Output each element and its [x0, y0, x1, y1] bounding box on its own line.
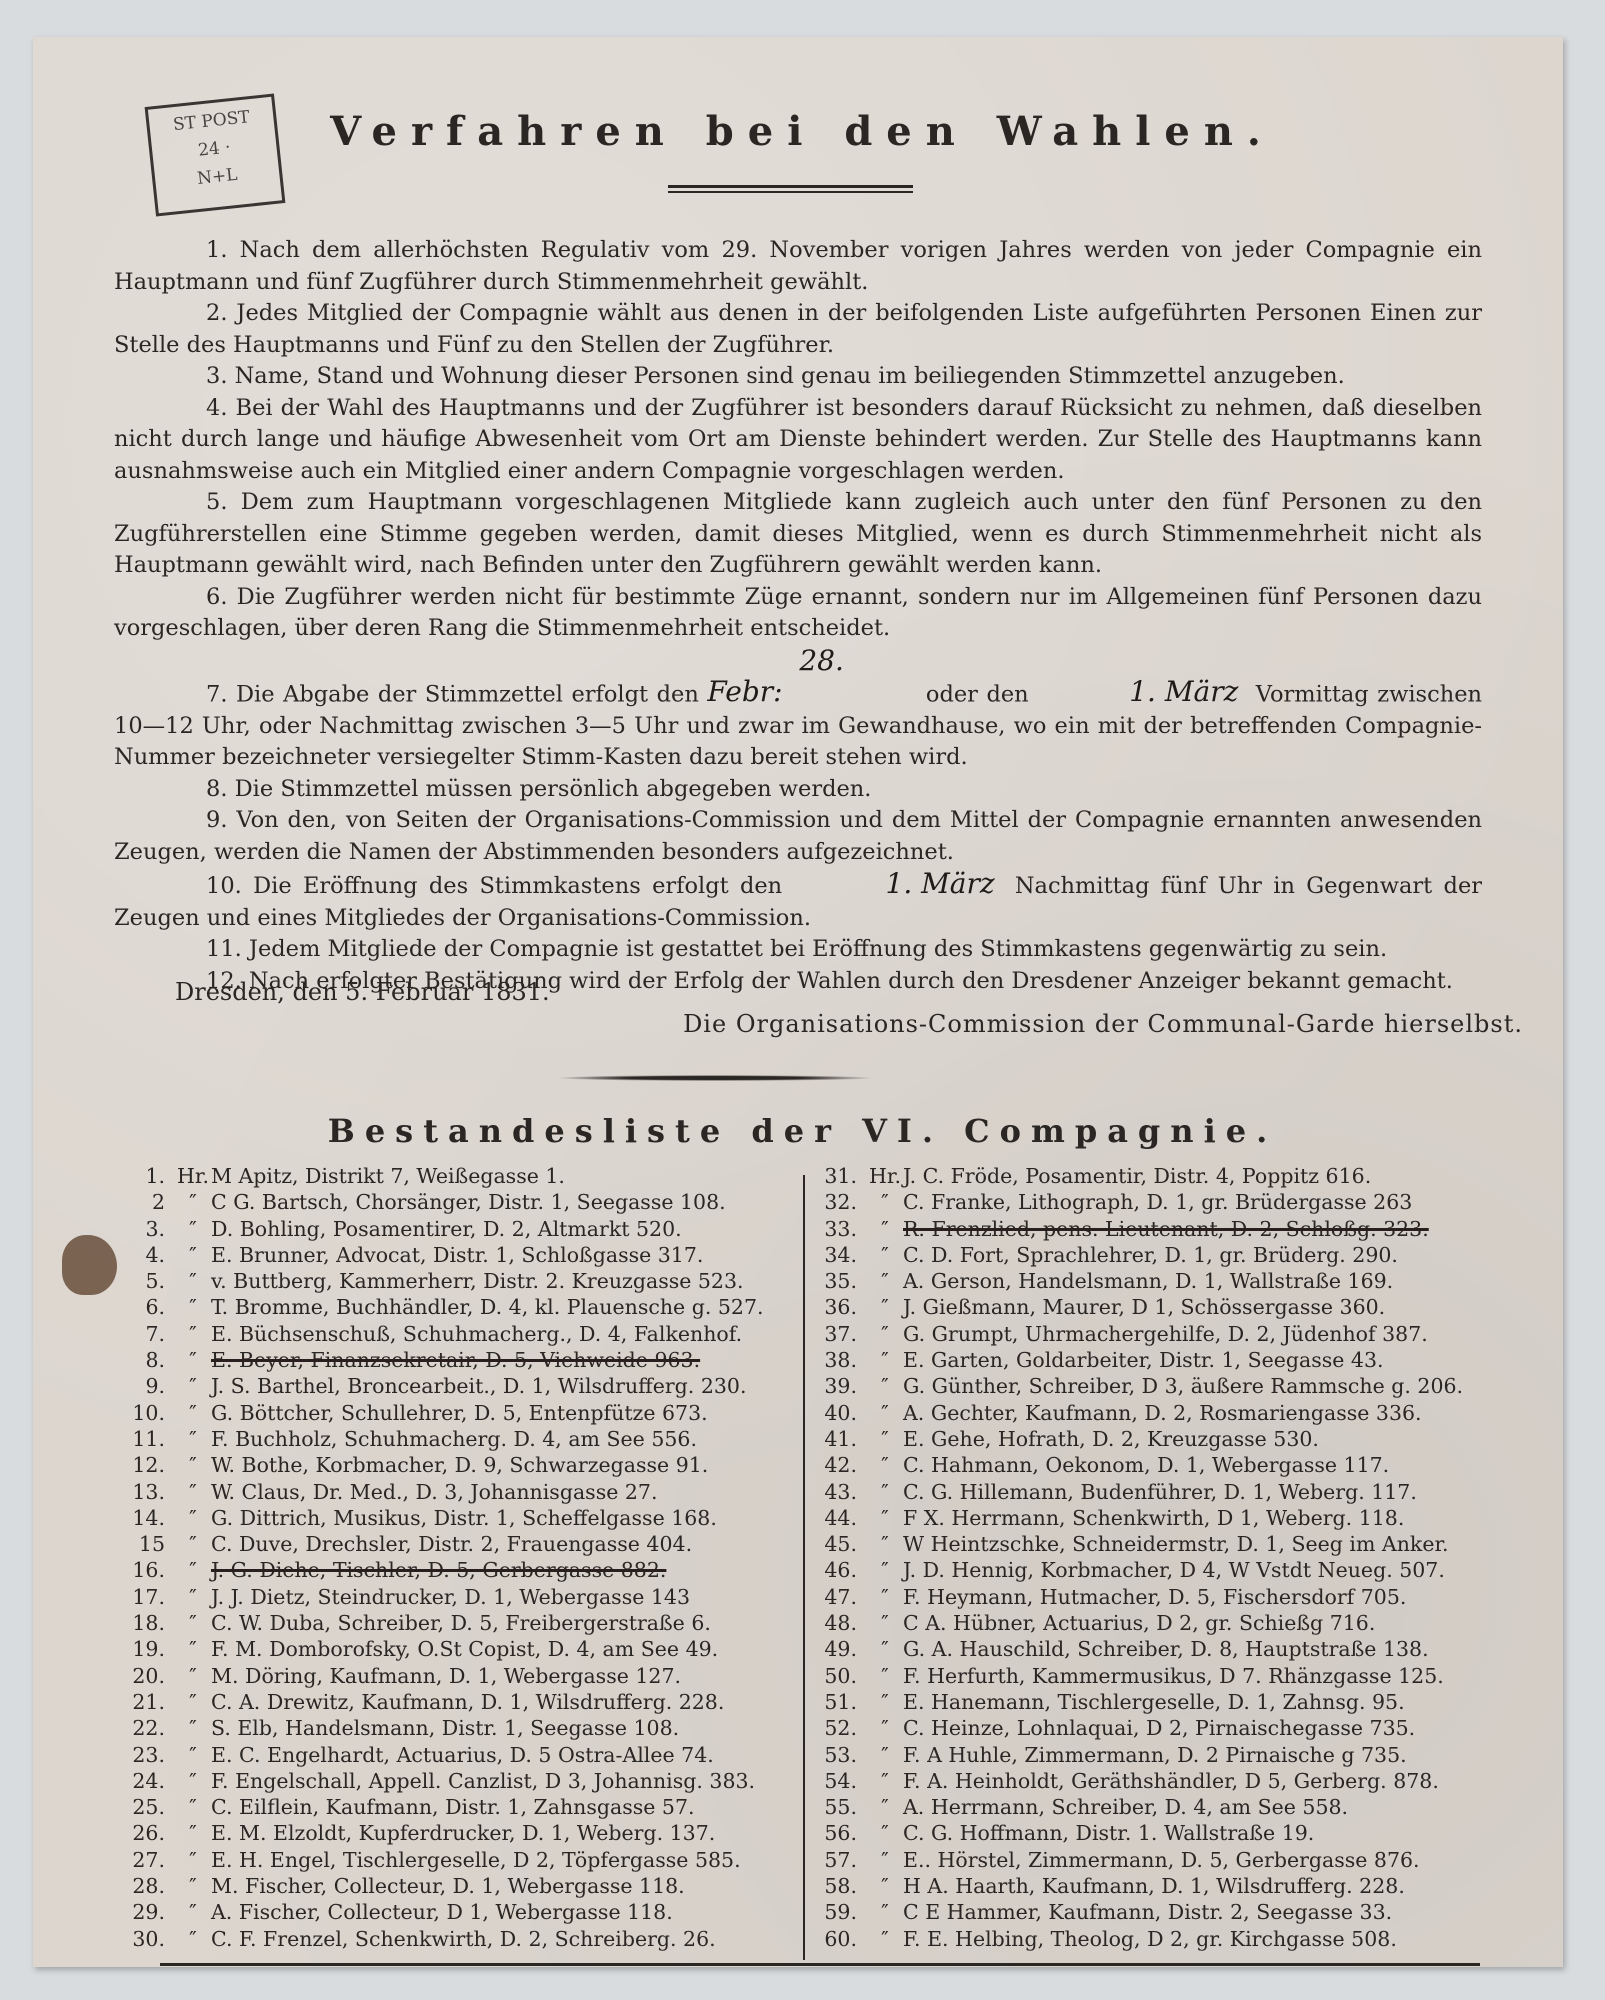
rule-paragraph: 7. Die Abgabe der Stimmzettel erfolgt de… [114, 645, 1482, 774]
entry-prefix: ″ [175, 1531, 211, 1557]
member-list-right: 31.Hr.J. C. Fröde, Posamentir, Distr. 4,… [817, 1163, 1497, 1952]
rule-text: 10. Die Eröffnung des Stimmkastens erfol… [206, 873, 782, 899]
entry-text: C. Eilflein, Kaufmann, Distr. 1, Zahnsga… [211, 1794, 790, 1820]
entry-number: 59. [817, 1899, 857, 1925]
entry-prefix: ″ [175, 1216, 211, 1242]
entry-text: J. J. Dietz, Steindrucker, D. 1, Weberga… [211, 1584, 790, 1610]
list-item: 6.″T. Bromme, Buchhändler, D. 4, kl. Pla… [125, 1294, 790, 1320]
entry-prefix: ″ [867, 1584, 903, 1610]
entry-text: v. Buttberg, Kammerherr, Distr. 2. Kreuz… [211, 1268, 790, 1294]
list-item: 59.″C E Hammer, Kaufmann, Distr. 2, Seeg… [817, 1899, 1497, 1925]
list-item: 11.″F. Buchholz, Schuhmacherg. D. 4, am … [125, 1426, 790, 1452]
entry-prefix: ″ [175, 1926, 211, 1952]
list-item: 52.″C. Heinze, Lohnlaquai, D 2, Pirnaisc… [817, 1715, 1497, 1741]
rule-paragraph: 3. Name, Stand und Wohnung dieser Person… [114, 361, 1482, 393]
entry-prefix: ″ [175, 1768, 211, 1794]
entry-text: J. S. Barthel, Broncearbeit., D. 1, Wils… [211, 1373, 790, 1399]
entry-prefix: ″ [175, 1452, 211, 1478]
list-item: 15″C. Duve, Drechsler, Distr. 2, Fraueng… [125, 1531, 790, 1557]
list-item: 24.″F. Engelschall, Appell. Canzlist, D … [125, 1768, 790, 1794]
entry-text: W Heintzschke, Schneidermstr, D. 1, Seeg… [903, 1531, 1497, 1557]
handwritten-date: 1. März [1037, 676, 1247, 708]
entry-text: C. F. Frenzel, Schenkwirth, D. 2, Schrei… [211, 1926, 790, 1952]
entry-number: 27. [125, 1847, 165, 1873]
entry-number: 17. [125, 1584, 165, 1610]
entry-number: 39. [817, 1373, 857, 1399]
entry-prefix: ″ [175, 1557, 211, 1583]
entry-prefix: ″ [175, 1268, 211, 1294]
entry-prefix: ″ [175, 1242, 211, 1268]
entry-prefix: ″ [175, 1479, 211, 1505]
entry-prefix: ″ [867, 1715, 903, 1741]
list-item: 29.″A. Fischer, Collecteur, D 1, Weberga… [125, 1899, 790, 1925]
rule-paragraph: 6. Die Zugführer werden nicht für bestim… [114, 582, 1482, 645]
entry-number: 47. [817, 1584, 857, 1610]
entry-prefix: ″ [867, 1294, 903, 1320]
list-item: 25.″C. Eilflein, Kaufmann, Distr. 1, Zah… [125, 1794, 790, 1820]
entry-prefix: ″ [867, 1926, 903, 1952]
entry-number: 11. [125, 1426, 165, 1452]
entry-number: 28. [125, 1873, 165, 1899]
member-list-left: 1.Hr.M Apitz, Distrikt 7, Weißegasse 1.2… [125, 1163, 790, 1952]
entry-prefix: ″ [867, 1847, 903, 1873]
list-item: 13.″W. Claus, Dr. Med., D. 3, Johannisga… [125, 1479, 790, 1505]
entry-text: W. Claus, Dr. Med., D. 3, Johannisgasse … [211, 1479, 790, 1505]
list-item: 31.Hr.J. C. Fröde, Posamentir, Distr. 4,… [817, 1163, 1497, 1189]
list-item: 60.″F. E. Helbing, Theolog, D 2, gr. Kir… [817, 1926, 1497, 1952]
list-item: 55.″A. Herrmann, Schreiber, D. 4, am See… [817, 1794, 1497, 1820]
rule-text: 7. Die Abgabe der Stimmzettel erfolgt de… [206, 681, 699, 707]
entry-text: W. Bothe, Korbmacher, D. 9, Schwarzegass… [211, 1452, 790, 1478]
entry-prefix: ″ [867, 1531, 903, 1557]
entry-text: A. Fischer, Collecteur, D 1, Webergasse … [211, 1899, 790, 1925]
entry-number: 45. [817, 1531, 857, 1557]
entry-number: 18. [125, 1610, 165, 1636]
entry-number: 3. [125, 1216, 165, 1242]
entry-prefix: ″ [175, 1636, 211, 1662]
list-item: 18.″C. W. Duba, Schreiber, D. 5, Freiber… [125, 1610, 790, 1636]
entry-prefix: ″ [175, 1663, 211, 1689]
list-item: 57.″E.. Hörstel, Zimmermann, D. 5, Gerbe… [817, 1847, 1497, 1873]
entry-number: 53. [817, 1742, 857, 1768]
ink-blot [62, 1235, 117, 1295]
entry-number: 22. [125, 1715, 165, 1741]
entry-number: 48. [817, 1610, 857, 1636]
list-item: 51.″E. Hanemann, Tischlergeselle, D. 1, … [817, 1689, 1497, 1715]
entry-number: 60. [817, 1926, 857, 1952]
entry-number: 34. [817, 1242, 857, 1268]
entry-text: C. Hahmann, Oekonom, D. 1, Webergasse 11… [903, 1452, 1497, 1478]
entry-prefix: ″ [867, 1873, 903, 1899]
entry-text: S. Elb, Handelsmann, Distr. 1, Seegasse … [211, 1715, 790, 1741]
list-item: 17.″J. J. Dietz, Steindrucker, D. 1, Web… [125, 1584, 790, 1610]
entry-prefix: ″ [175, 1347, 211, 1373]
list-item: 39.″G. Günther, Schreiber, D 3, äußere R… [817, 1373, 1497, 1399]
entry-prefix: ″ [867, 1794, 903, 1820]
entry-text: F. Herfurth, Kammermusikus, D 7. Rhänzga… [903, 1663, 1497, 1689]
entry-prefix: ″ [867, 1426, 903, 1452]
page-title: Verfahren bei den Wahlen. [0, 108, 1605, 155]
list-item: 36.″J. Gießmann, Maurer, D 1, Schösserga… [817, 1294, 1497, 1320]
entry-number: 41. [817, 1426, 857, 1452]
entry-number: 23. [125, 1742, 165, 1768]
entry-number: 8. [125, 1347, 165, 1373]
entry-number: 5. [125, 1268, 165, 1294]
entry-text: F. A. Heinholdt, Geräthshändler, D 5, Ge… [903, 1768, 1497, 1794]
list-item: 48.″C A. Hübner, Actuarius, D 2, gr. Sch… [817, 1610, 1497, 1636]
entry-prefix: ″ [867, 1557, 903, 1583]
entry-text: G. A. Hauschild, Schreiber, D. 8, Haupts… [903, 1636, 1497, 1662]
entry-text: E. Brunner, Advocat, Distr. 1, Schloßgas… [211, 1242, 790, 1268]
bottom-rule [160, 1963, 1480, 1966]
rule-text: oder den [926, 681, 1029, 707]
entry-text: C. Franke, Lithograph, D. 1, gr. Brüderg… [903, 1189, 1497, 1215]
entry-text: C. A. Drewitz, Kaufmann, D. 1, Wilsdruff… [211, 1689, 790, 1715]
list-item: 21.″C. A. Drewitz, Kaufmann, D. 1, Wilsd… [125, 1689, 790, 1715]
entry-number: 16. [125, 1557, 165, 1583]
entry-number: 40. [817, 1400, 857, 1426]
list-item: 30.″C. F. Frenzel, Schenkwirth, D. 2, Sc… [125, 1926, 790, 1952]
entry-number: 15 [125, 1531, 165, 1557]
list-title: Bestandesliste der VI. Compagnie. [0, 1112, 1605, 1150]
entry-text: G. Dittrich, Musikus, Distr. 1, Scheffel… [211, 1505, 790, 1531]
list-item: 4.″E. Brunner, Advocat, Distr. 1, Schloß… [125, 1242, 790, 1268]
entry-number: 10. [125, 1400, 165, 1426]
entry-text: A. Herrmann, Schreiber, D. 4, am See 558… [903, 1794, 1497, 1820]
entry-number: 44. [817, 1505, 857, 1531]
list-item: 27.″E. H. Engel, Tischlergeselle, D 2, T… [125, 1847, 790, 1873]
list-item: 3.″D. Bohling, Posamentirer, D. 2, Altma… [125, 1216, 790, 1242]
entry-number: 7. [125, 1321, 165, 1347]
entry-text: A. Gerson, Handelsmann, D. 1, Wallstraße… [903, 1268, 1497, 1294]
list-item: 42.″C. Hahmann, Oekonom, D. 1, Webergass… [817, 1452, 1497, 1478]
list-item: 49.″G. A. Hauschild, Schreiber, D. 8, Ha… [817, 1636, 1497, 1662]
entry-text: E. Gehe, Hofrath, D. 2, Kreuzgasse 530. [903, 1426, 1497, 1452]
entry-prefix: ″ [867, 1610, 903, 1636]
list-item: 14.″G. Dittrich, Musikus, Distr. 1, Sche… [125, 1505, 790, 1531]
entry-text: C. G. Hoffmann, Distr. 1. Wallstraße 19. [903, 1820, 1497, 1846]
entry-number: 46. [817, 1557, 857, 1583]
entry-prefix: ″ [867, 1452, 903, 1478]
list-item: 5.″v. Buttberg, Kammerherr, Distr. 2. Kr… [125, 1268, 790, 1294]
list-item: 2″C G. Bartsch, Chorsänger, Distr. 1, Se… [125, 1189, 790, 1215]
list-item: 9.″J. S. Barthel, Broncearbeit., D. 1, W… [125, 1373, 790, 1399]
entry-text: M. Fischer, Collecteur, D. 1, Webergasse… [211, 1873, 790, 1899]
entry-number: 13. [125, 1479, 165, 1505]
entry-prefix: ″ [175, 1373, 211, 1399]
entry-number: 58. [817, 1873, 857, 1899]
entry-text: F. E. Helbing, Theolog, D 2, gr. Kirchga… [903, 1926, 1497, 1952]
entry-text: J. G. Diehe, Tischler, D. 5, Gerbergasse… [211, 1557, 790, 1583]
entry-prefix: ″ [175, 1873, 211, 1899]
list-item: 8.″E. Beyer, Finanzsekretair, D. 5, Vieh… [125, 1347, 790, 1373]
entry-number: 50. [817, 1663, 857, 1689]
entry-number: 9. [125, 1373, 165, 1399]
list-item: 35.″A. Gerson, Handelsmann, D. 1, Wallst… [817, 1268, 1497, 1294]
entry-number: 32. [817, 1189, 857, 1215]
list-item: 47.″F. Heymann, Hutmacher, D. 5, Fischer… [817, 1584, 1497, 1610]
entry-prefix: ″ [867, 1768, 903, 1794]
entry-prefix: ″ [175, 1794, 211, 1820]
list-item: 7.″E. Büchsenschuß, Schuhmacherg., D. 4,… [125, 1321, 790, 1347]
entry-prefix: ″ [175, 1742, 211, 1768]
entry-text: A. Gechter, Kaufmann, D. 2, Rosmariengas… [903, 1400, 1497, 1426]
entry-prefix: Hr. [867, 1163, 903, 1189]
entry-prefix: ″ [867, 1820, 903, 1846]
list-item: 45.″W Heintzschke, Schneidermstr, D. 1, … [817, 1531, 1497, 1557]
entry-text: C. G. Hillemann, Budenführer, D. 1, Webe… [903, 1479, 1497, 1505]
entry-number: 51. [817, 1689, 857, 1715]
entry-number: 1. [125, 1163, 165, 1189]
entry-prefix: ″ [867, 1321, 903, 1347]
entry-number: 14. [125, 1505, 165, 1531]
entry-text: E. M. Elzoldt, Kupferdrucker, D. 1, Webe… [211, 1820, 790, 1846]
entry-prefix: ″ [175, 1426, 211, 1452]
entry-prefix: ″ [867, 1268, 903, 1294]
entry-number: 36. [817, 1294, 857, 1320]
entry-text: G. Grumpt, Uhrmachergehilfe, D. 2, Jüden… [903, 1321, 1497, 1347]
entry-prefix: ″ [867, 1689, 903, 1715]
entry-text: E. Beyer, Finanzsekretair, D. 5, Viehwei… [211, 1347, 790, 1373]
entry-number: 55. [817, 1794, 857, 1820]
entry-text: T. Bromme, Buchhändler, D. 4, kl. Plauen… [211, 1294, 790, 1320]
rule-paragraph: 11. Jedem Mitgliede der Compagnie ist ge… [114, 934, 1482, 966]
list-item: 22.″S. Elb, Handelsmann, Distr. 1, Seega… [125, 1715, 790, 1741]
list-item: 26.″E. M. Elzoldt, Kupferdrucker, D. 1, … [125, 1820, 790, 1846]
entry-text: E. Büchsenschuß, Schuhmacherg., D. 4, Fa… [211, 1321, 790, 1347]
entry-text: G. Böttcher, Schullehrer, D. 5, Entenpfü… [211, 1400, 790, 1426]
entry-text: F. Buchholz, Schuhmacherg. D. 4, am See … [211, 1426, 790, 1452]
list-item: 40.″A. Gechter, Kaufmann, D. 2, Rosmarie… [817, 1400, 1497, 1426]
rule-paragraph: 5. Dem zum Hauptmann vorgeschlagenen Mit… [114, 487, 1482, 582]
list-item: 34.″C. D. Fort, Sprachlehrer, D. 1, gr. … [817, 1242, 1497, 1268]
entry-text: J. C. Fröde, Posamentir, Distr. 4, Poppi… [903, 1163, 1497, 1189]
column-divider [803, 1175, 805, 1960]
section-divider [555, 1075, 875, 1081]
entry-number: 52. [817, 1715, 857, 1741]
entry-prefix: ″ [175, 1715, 211, 1741]
entry-prefix: ″ [175, 1689, 211, 1715]
entry-text: E. C. Engelhardt, Actuarius, D. 5 Ostra-… [211, 1742, 790, 1768]
list-item: 1.Hr.M Apitz, Distrikt 7, Weißegasse 1. [125, 1163, 790, 1189]
entry-number: 19. [125, 1636, 165, 1662]
entry-text: E. H. Engel, Tischlergeselle, D 2, Töpfe… [211, 1847, 790, 1873]
entry-number: 4. [125, 1242, 165, 1268]
entry-prefix: ″ [867, 1899, 903, 1925]
rule-paragraph: 9. Von den, von Seiten der Organisations… [114, 805, 1482, 868]
list-item: 12.″W. Bothe, Korbmacher, D. 9, Schwarze… [125, 1452, 790, 1478]
entry-prefix: ″ [175, 1847, 211, 1873]
entry-prefix: ″ [867, 1347, 903, 1373]
list-item: 37.″G. Grumpt, Uhrmachergehilfe, D. 2, J… [817, 1321, 1497, 1347]
list-item: 32.″C. Franke, Lithograph, D. 1, gr. Brü… [817, 1189, 1497, 1215]
entry-text: C G. Bartsch, Chorsänger, Distr. 1, Seeg… [211, 1189, 790, 1215]
rule-paragraph: 8. Die Stimmzettel müssen persönlich abg… [114, 774, 1482, 806]
list-item: 56.″C. G. Hoffmann, Distr. 1. Wallstraße… [817, 1820, 1497, 1846]
list-item: 58.″H A. Haarth, Kaufmann, D. 1, Wilsdru… [817, 1873, 1497, 1899]
entry-prefix: ″ [867, 1663, 903, 1689]
list-item: 53.″F. A Huhle, Zimmermann, D. 2 Pirnais… [817, 1742, 1497, 1768]
entry-text: M. Döring, Kaufmann, D. 1, Webergasse 12… [211, 1663, 790, 1689]
entry-text: C. Heinze, Lohnlaquai, D 2, Pirnaischega… [903, 1715, 1497, 1741]
entry-number: 43. [817, 1479, 857, 1505]
entry-number: 33. [817, 1216, 857, 1242]
entry-prefix: ″ [867, 1636, 903, 1662]
entry-number: 57. [817, 1847, 857, 1873]
entry-number: 35. [817, 1268, 857, 1294]
rule-paragraph: 4. Bei der Wahl des Hauptmanns und der Z… [114, 393, 1482, 488]
entry-prefix: ″ [867, 1216, 903, 1242]
entry-prefix: ″ [175, 1400, 211, 1426]
entry-text: D. Bohling, Posamentirer, D. 2, Altmarkt… [211, 1216, 790, 1242]
entry-prefix: ″ [175, 1189, 211, 1215]
entry-text: F. Heymann, Hutmacher, D. 5, Fischersdor… [903, 1584, 1497, 1610]
entry-number: 56. [817, 1820, 857, 1846]
entry-number: 2 [125, 1189, 165, 1215]
entry-text: F. Engelschall, Appell. Canzlist, D 3, J… [211, 1768, 790, 1794]
entry-prefix: ″ [867, 1400, 903, 1426]
entry-text: J. Gießmann, Maurer, D 1, Schössergasse … [903, 1294, 1497, 1320]
title-divider [668, 185, 913, 193]
list-item: 10.″G. Böttcher, Schullehrer, D. 5, Ente… [125, 1400, 790, 1426]
entry-prefix: ″ [175, 1820, 211, 1846]
entry-number: 6. [125, 1294, 165, 1320]
entry-number: 21. [125, 1689, 165, 1715]
entry-number: 29. [125, 1899, 165, 1925]
entry-prefix: ″ [867, 1373, 903, 1399]
entry-text: H A. Haarth, Kaufmann, D. 1, Wilsdruffer… [903, 1873, 1497, 1899]
entry-prefix: ″ [175, 1505, 211, 1531]
entry-number: 26. [125, 1820, 165, 1846]
list-item: 23.″E. C. Engelhardt, Actuarius, D. 5 Os… [125, 1742, 790, 1768]
entry-text: C. Duve, Drechsler, Distr. 2, Frauengass… [211, 1531, 790, 1557]
list-item: 16.″J. G. Diehe, Tischler, D. 5, Gerberg… [125, 1557, 790, 1583]
entry-text: R. Frenzlied, pens. Lieutenant, D. 2, Sc… [903, 1216, 1497, 1242]
entry-number: 12. [125, 1452, 165, 1478]
list-item: 33.″R. Frenzlied, pens. Lieutenant, D. 2… [817, 1216, 1497, 1242]
entry-prefix: ″ [175, 1584, 211, 1610]
entry-text: J. D. Hennig, Korbmacher, D 4, W Vstdt N… [903, 1557, 1497, 1583]
handwritten-date: 28. Febr: [707, 645, 917, 708]
entry-text: F. M. Domborofsky, O.St Copist, D. 4, am… [211, 1636, 790, 1662]
entry-text: C. W. Duba, Schreiber, D. 5, Freibergers… [211, 1610, 790, 1636]
entry-text: F X. Herrmann, Schenkwirth, D 1, Weberg.… [903, 1505, 1497, 1531]
entry-text: E. Garten, Goldarbeiter, Distr. 1, Seega… [903, 1347, 1497, 1373]
list-item: 20.″M. Döring, Kaufmann, D. 1, Webergass… [125, 1663, 790, 1689]
entry-prefix: ″ [175, 1294, 211, 1320]
list-item: 43.″C. G. Hillemann, Budenführer, D. 1, … [817, 1479, 1497, 1505]
rules-body: 1. Nach dem allerhöchsten Regulativ vom … [114, 235, 1482, 997]
entry-prefix: ″ [175, 1321, 211, 1347]
entry-number: 49. [817, 1636, 857, 1662]
list-item: 44.″F X. Herrmann, Schenkwirth, D 1, Web… [817, 1505, 1497, 1531]
list-item: 38.″E. Garten, Goldarbeiter, Distr. 1, S… [817, 1347, 1497, 1373]
entry-text: G. Günther, Schreiber, D 3, äußere Ramms… [903, 1373, 1497, 1399]
list-item: 19.″F. M. Domborofsky, O.St Copist, D. 4… [125, 1636, 790, 1662]
list-item: 41.″E. Gehe, Hofrath, D. 2, Kreuzgasse 5… [817, 1426, 1497, 1452]
entry-number: 30. [125, 1926, 165, 1952]
rule-paragraph: 1. Nach dem allerhöchsten Regulativ vom … [114, 235, 1482, 298]
entry-prefix: ″ [867, 1742, 903, 1768]
entry-prefix: ″ [175, 1610, 211, 1636]
entry-prefix: Hr. [175, 1163, 211, 1189]
entry-prefix: ″ [175, 1899, 211, 1925]
handwritten-date: 1. März [794, 868, 1004, 900]
document-date: Dresden, den 5. Februar 1831. [175, 978, 550, 1006]
list-item: 54.″F. A. Heinholdt, Geräthshändler, D 5… [817, 1768, 1497, 1794]
list-item: 28.″M. Fischer, Collecteur, D. 1, Weberg… [125, 1873, 790, 1899]
entry-text: M Apitz, Distrikt 7, Weißegasse 1. [211, 1163, 790, 1189]
entry-text: E.. Hörstel, Zimmermann, D. 5, Gerbergas… [903, 1847, 1497, 1873]
entry-text: C E Hammer, Kaufmann, Distr. 2, Seegasse… [903, 1899, 1497, 1925]
entry-prefix: ″ [867, 1505, 903, 1531]
entry-text: E. Hanemann, Tischlergeselle, D. 1, Zahn… [903, 1689, 1497, 1715]
entry-number: 24. [125, 1768, 165, 1794]
entry-number: 25. [125, 1794, 165, 1820]
entry-text: C A. Hübner, Actuarius, D 2, gr. Schießg… [903, 1610, 1497, 1636]
entry-text: F. A Huhle, Zimmermann, D. 2 Pirnaische … [903, 1742, 1497, 1768]
entry-number: 20. [125, 1663, 165, 1689]
rule-paragraph: 10. Die Eröffnung des Stimmkastens erfol… [114, 868, 1482, 934]
entry-number: 37. [817, 1321, 857, 1347]
entry-prefix: ″ [867, 1189, 903, 1215]
entry-prefix: ″ [867, 1479, 903, 1505]
entry-number: 38. [817, 1347, 857, 1373]
entry-number: 54. [817, 1768, 857, 1794]
entry-number: 31. [817, 1163, 857, 1189]
entry-number: 42. [817, 1452, 857, 1478]
signature-line: Die Organisations-Commission der Communa… [683, 1010, 1523, 1038]
list-item: 46.″J. D. Hennig, Korbmacher, D 4, W Vst… [817, 1557, 1497, 1583]
entry-prefix: ″ [867, 1242, 903, 1268]
entry-text: C. D. Fort, Sprachlehrer, D. 1, gr. Brüd… [903, 1242, 1497, 1268]
list-item: 50.″F. Herfurth, Kammermusikus, D 7. Rhä… [817, 1663, 1497, 1689]
rule-paragraph: 2. Jedes Mitglied der Compagnie wählt au… [114, 298, 1482, 361]
